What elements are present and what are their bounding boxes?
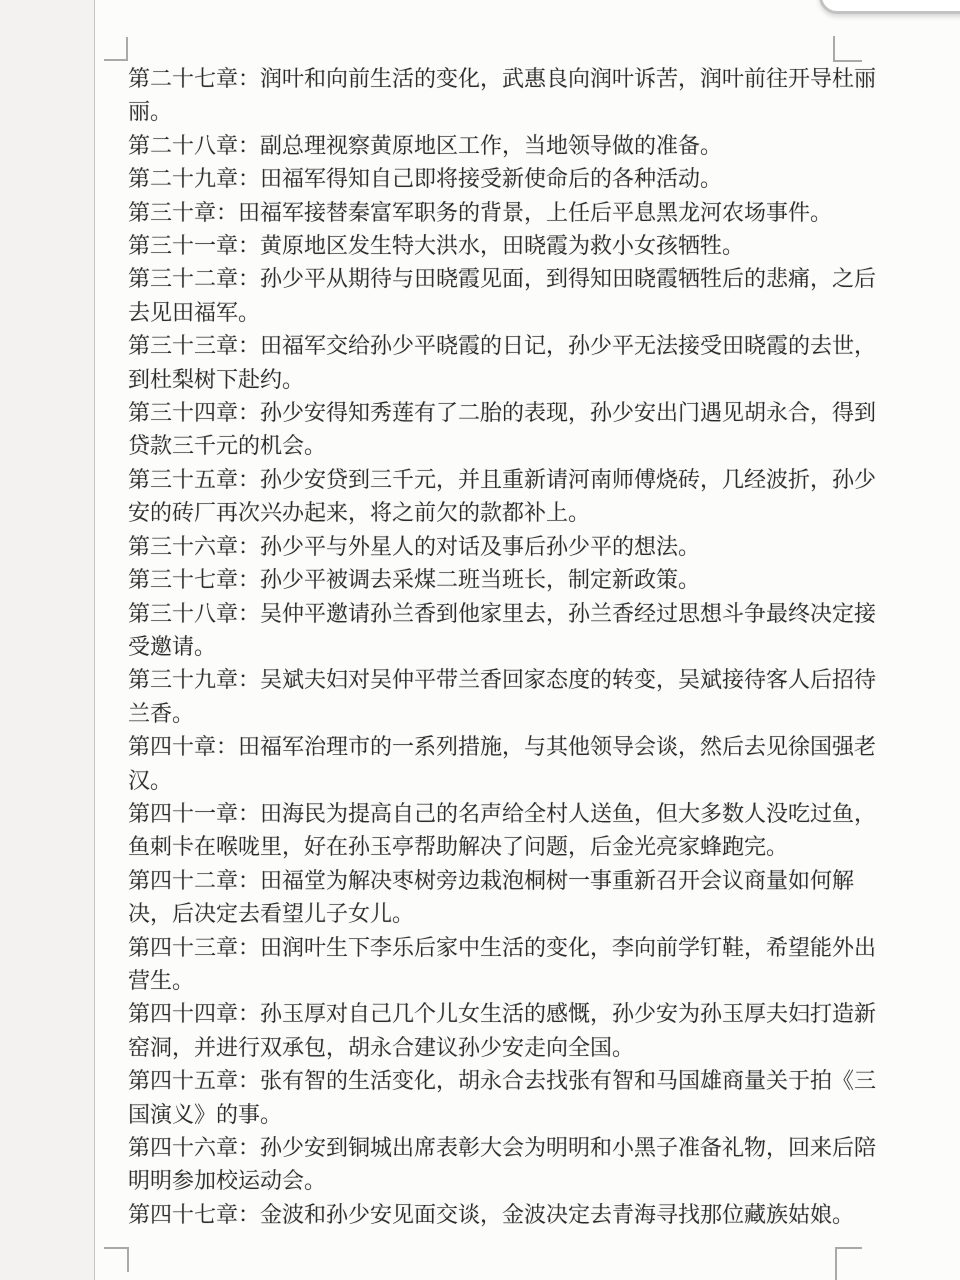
chapter-separator: ： <box>238 534 260 559</box>
chapter-entry: 第三十八章：吴仲平邀请孙兰香到他家里去，孙兰香经过思想斗争最终决定接受邀请。 <box>128 597 878 664</box>
chapter-number: 第三十二章 <box>128 266 238 291</box>
chapter-number: 第四十六章 <box>128 1135 238 1160</box>
screenshot-root: { "separator": "：", "chapters": [ {"labe… <box>0 0 960 1280</box>
chapter-number: 第三十五章 <box>128 467 238 492</box>
chapter-summary: 田福军治理市的一系列措施，与其他领导会谈，然后去见徐国强老汉。 <box>128 734 876 792</box>
page-left-margin <box>0 0 95 1280</box>
chapter-separator: ： <box>238 868 260 893</box>
chapter-separator: ： <box>238 266 260 291</box>
chapter-separator: ： <box>238 1202 260 1227</box>
partial-overlay-corner <box>819 0 960 14</box>
chapter-summary: 孙少平被调去采煤二班当班长，制定新政策。 <box>260 567 700 592</box>
chapter-number: 第三十八章 <box>128 601 238 626</box>
chapter-separator: ： <box>238 567 260 592</box>
text-boundary-mark-top-left <box>104 37 128 61</box>
chapter-separator: ： <box>216 734 238 759</box>
chapter-separator: ： <box>238 400 260 425</box>
chapter-number: 第二十八章 <box>128 133 238 158</box>
chapter-entry: 第四十三章：田润叶生下李乐后家中生活的变化，李向前学钉鞋，希望能外出营生。 <box>128 931 878 998</box>
chapter-separator: ： <box>238 233 260 258</box>
chapter-entry: 第三十九章：吴斌夫妇对吴仲平带兰香回家态度的转变，吴斌接待客人后招待兰香。 <box>128 663 878 730</box>
chapter-separator: ： <box>238 1001 260 1026</box>
chapter-entry: 第三十二章：孙少平从期待与田晓霞见面，到得知田晓霞牺牲后的悲痛，之后去见田福军。 <box>128 262 878 329</box>
chapter-entry: 第三十四章：孙少安得知秀莲有了二胎的表现，孙少安出门遇见胡永合，得到贷款三千元的… <box>128 396 878 463</box>
chapter-entry: 第二十七章：润叶和向前生活的变化，武惠良向润叶诉苦，润叶前往开导杜丽丽。 <box>128 62 878 129</box>
chapter-summary: 副总理视察黄原地区工作，当地领导做的准备。 <box>260 133 722 158</box>
chapter-number: 第四十一章 <box>128 801 238 826</box>
chapter-number: 第四十四章 <box>128 1001 238 1026</box>
text-boundary-mark-top-right <box>833 36 862 62</box>
chapter-entry: 第三十一章：黄原地区发生特大洪水，田晓霞为救小女孩牺牲。 <box>128 229 878 262</box>
chapter-entry: 第二十八章：副总理视察黄原地区工作，当地领导做的准备。 <box>128 129 878 162</box>
chapter-summary: 黄原地区发生特大洪水，田晓霞为救小女孩牺牲。 <box>260 233 744 258</box>
chapter-entry: 第四十七章：金波和孙少安见面交谈，金波决定去青海寻找那位藏族姑娘。 <box>128 1198 878 1231</box>
chapter-number: 第三十九章 <box>128 667 238 692</box>
chapter-entry: 第四十四章：孙玉厚对自己几个儿女生活的感慨，孙少安为孙玉厚夫妇打造新窑洞，并进行… <box>128 997 878 1064</box>
chapter-number: 第二十七章 <box>128 66 238 91</box>
chapter-entry: 第三十五章：孙少安贷到三千元，并且重新请河南师傅烧砖，几经波折，孙少安的砖厂再次… <box>128 463 878 530</box>
chapter-number: 第三十章 <box>128 200 216 225</box>
chapter-separator: ： <box>238 1068 260 1093</box>
document-photo: 第二十七章：润叶和向前生活的变化，武惠良向润叶诉苦，润叶前往开导杜丽丽。 第二十… <box>0 0 960 1280</box>
chapter-number: 第三十六章 <box>128 534 238 559</box>
chapter-separator: ： <box>238 801 260 826</box>
chapter-summary: 孙少平与外星人的对话及事后孙少平的想法。 <box>260 534 700 559</box>
chapter-entry: 第三十章：田福军接替秦富军职务的背景，上任后平息黑龙河农场事件。 <box>128 196 878 229</box>
chapter-entry: 第四十一章：田海民为提高自己的名声给全村人送鱼，但大多数人没吃过鱼，鱼刺卡在喉咙… <box>128 797 878 864</box>
chapter-summary: 田福军接替秦富军职务的背景，上任后平息黑龙河农场事件。 <box>238 200 832 225</box>
chapter-entry: 第三十六章：孙少平与外星人的对话及事后孙少平的想法。 <box>128 530 878 563</box>
chapter-separator: ： <box>238 333 260 358</box>
chapter-entry: 第三十三章：田福军交给孙少平晓霞的日记，孙少平无法接受田晓霞的去世，到杜梨树下赴… <box>128 329 878 396</box>
chapter-number: 第四十二章 <box>128 868 238 893</box>
chapter-entry: 第三十七章：孙少平被调去采煤二班当班长，制定新政策。 <box>128 563 878 596</box>
chapter-separator: ： <box>216 200 238 225</box>
chapter-separator: ： <box>238 667 260 692</box>
chapter-summary: 金波和孙少安见面交谈，金波决定去青海寻找那位藏族姑娘。 <box>260 1202 854 1227</box>
text-boundary-mark-bottom-right <box>835 1247 862 1280</box>
chapter-number: 第四十章 <box>128 734 216 759</box>
chapter-entry: 第四十六章：孙少安到铜城出席表彰大会为明明和小黑子准备礼物，回来后陪明明参加校运… <box>128 1131 878 1198</box>
chapter-number: 第四十三章 <box>128 935 238 960</box>
chapter-number: 第二十九章 <box>128 166 238 191</box>
chapter-number: 第三十一章 <box>128 233 238 258</box>
chapter-entry: 第四十五章：张有智的生活变化，胡永合去找张有智和马国雄商量关于拍《三国演义》的事… <box>128 1064 878 1131</box>
text-boundary-mark-bottom-left <box>104 1247 129 1272</box>
chapter-separator: ： <box>238 1135 260 1160</box>
chapter-number: 第四十五章 <box>128 1068 238 1093</box>
chapter-separator: ： <box>238 166 260 191</box>
chapter-separator: ： <box>238 467 260 492</box>
chapter-number: 第三十三章 <box>128 333 238 358</box>
chapter-summary-list: 第二十七章：润叶和向前生活的变化，武惠良向润叶诉苦，润叶前往开导杜丽丽。 第二十… <box>128 62 878 1231</box>
chapter-separator: ： <box>238 601 260 626</box>
chapter-entry: 第四十二章：田福堂为解决枣树旁边栽泡桐树一事重新召开会议商量如何解决，后决定去看… <box>128 864 878 931</box>
chapter-separator: ： <box>238 935 260 960</box>
chapter-separator: ： <box>238 66 260 91</box>
chapter-number: 第四十七章 <box>128 1202 238 1227</box>
chapter-entry: 第四十章：田福军治理市的一系列措施，与其他领导会谈，然后去见徐国强老汉。 <box>128 730 878 797</box>
chapter-number: 第三十四章 <box>128 400 238 425</box>
chapter-summary: 田福军得知自己即将接受新使命后的各种活动。 <box>260 166 722 191</box>
chapter-entry: 第二十九章：田福军得知自己即将接受新使命后的各种活动。 <box>128 162 878 195</box>
chapter-number: 第三十七章 <box>128 567 238 592</box>
chapter-separator: ： <box>238 133 260 158</box>
